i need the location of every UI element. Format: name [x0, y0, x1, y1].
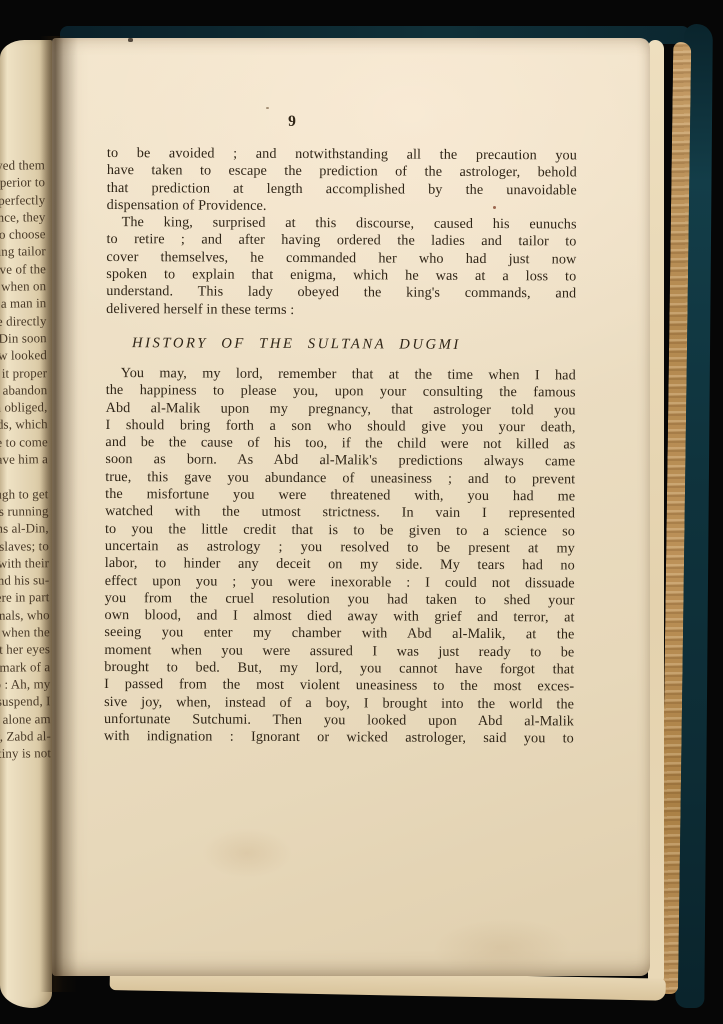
- page-text-column: to be avoided ; and notwithstanding all …: [104, 145, 577, 748]
- text-line: I passed from the most violent uneasines…: [104, 676, 574, 696]
- page-number: 9: [274, 113, 310, 131]
- left-page-text-fragment: es with their: [0, 554, 49, 573]
- left-page-text-fragment: ap : Ah, my: [0, 675, 50, 694]
- left-page-text-fragment: s, when on: [0, 277, 46, 296]
- left-page-text-fragment: cast her eyes: [0, 641, 50, 660]
- text-line: understand. This lady obeyed the king's …: [106, 283, 576, 303]
- text-line: seeing you enter my chamber with Abd al-…: [104, 624, 574, 644]
- left-page-text-fragment: I alone am: [0, 710, 51, 729]
- left-page-text-fragment: ence, they: [0, 208, 46, 227]
- page-speck: [128, 38, 133, 42]
- left-page-text-fragment: ter, Zabd al-: [0, 727, 51, 746]
- left-page-text-fragment: ough to get: [0, 485, 48, 504]
- left-page-text-fragment: l-Din soon: [0, 329, 47, 348]
- left-page-text-fragment: to choose: [0, 225, 46, 244]
- under-pages-edge: [648, 40, 664, 984]
- left-page-text-fragment: e, when the: [0, 623, 50, 642]
- left-page: wed themuperior toe perfectlyence, theyt…: [0, 40, 52, 1008]
- left-page-text-fragment: ch obliged,: [0, 398, 48, 417]
- main-page: 9 to be avoided ; and notwithstanding al…: [52, 38, 650, 976]
- left-page-text-fragment: ams al-Din,: [0, 519, 49, 538]
- left-page-text-fragment: eve of the: [0, 260, 46, 279]
- left-page-text-fragment: a man in: [0, 295, 46, 314]
- text-line: watched with the utmost strictness. In v…: [105, 503, 575, 523]
- chapter-heading: HISTORY OF THE SULTANA DUGMI: [132, 334, 576, 354]
- left-page-text-fragment: now looked: [0, 346, 47, 365]
- left-page-text-fragment: gave him a: [0, 450, 48, 469]
- text-line: to retire ; and after having ordered the…: [106, 231, 576, 251]
- left-page-text-fragment: chs running: [0, 502, 49, 521]
- page-speck: [266, 107, 269, 109]
- text-line: effect upon you ; you were inexorable : …: [105, 573, 575, 593]
- left-page-text-fragment: onds, which: [0, 416, 48, 435]
- left-page-text-fragment: wed them: [0, 156, 45, 175]
- text-line: have taken to escape the prediction of t…: [107, 162, 577, 182]
- left-page-text-fragment: e mark of a: [0, 658, 50, 677]
- text-line: the happiness to please you, upon your c…: [106, 382, 576, 402]
- left-page-text-fragment: and his su-: [0, 571, 49, 590]
- book-photo: wed themuperior toe perfectlyence, theyt…: [0, 0, 723, 1024]
- left-page-text-fragment: iminals, who: [0, 606, 50, 625]
- left-page-text-fragment: et, suspend, I: [0, 692, 51, 711]
- left-page-text-fragments: wed themuperior toe perfectlyence, theyt…: [0, 156, 51, 763]
- left-page-text-fragment: destiny is not: [0, 744, 51, 763]
- left-page-text-fragment: g it proper: [0, 364, 47, 383]
- left-page-text-fragment: ung tailor: [0, 243, 46, 262]
- text-line: soon as born. As Abd al-Malik's predicti…: [105, 451, 575, 471]
- foxing-stain: [202, 828, 292, 878]
- text-line: with indignation : Ignorant or wicked as…: [104, 728, 574, 748]
- left-page-text-fragment: were in part: [0, 589, 50, 608]
- left-page-text-fragment: [0, 468, 48, 487]
- left-page-text-fragment: e perfectly: [0, 191, 45, 210]
- foxing-stain: [432, 918, 572, 978]
- text-line: delivered herself in these terms :: [106, 301, 576, 321]
- left-page-text-fragment: ne directly: [0, 312, 47, 331]
- left-page-text-fragment: k slaves; to: [0, 537, 49, 556]
- left-page-text-fragment: uperior to: [0, 174, 45, 193]
- text-line: labor, to hinder any deceit on my side. …: [105, 555, 575, 575]
- left-page-text-fragment: to abandon: [0, 381, 47, 400]
- text-line: Abd al-Malik upon my pregnancy, that ast…: [106, 400, 576, 420]
- left-page-text-fragment: me to come: [0, 433, 48, 452]
